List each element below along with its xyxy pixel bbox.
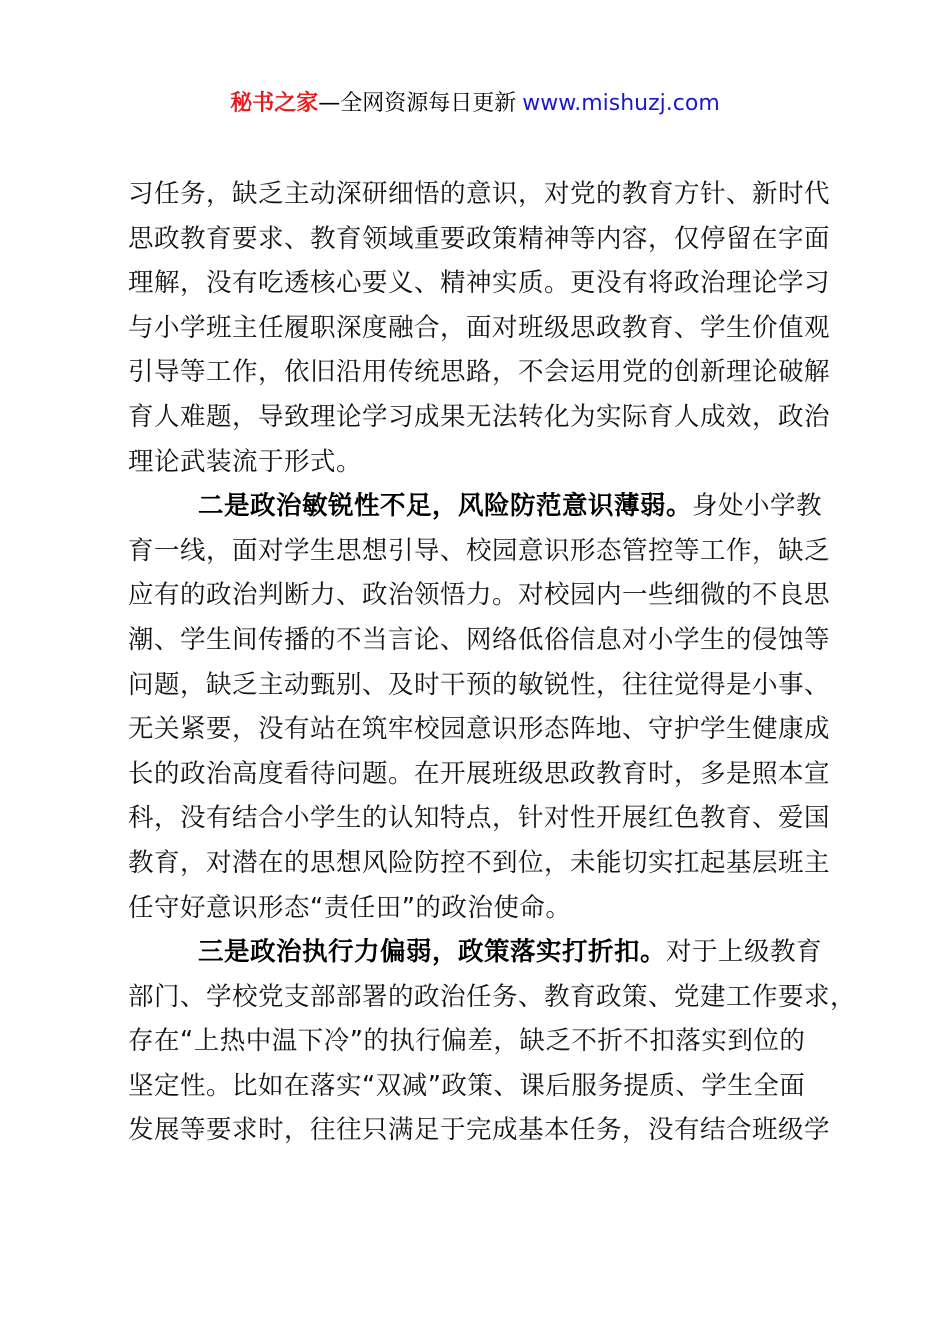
paragraph-2: 二是政治敏锐性不足，风险防范意识薄弱。身处小学教 育一线，面对学生思想引导、校园… bbox=[128, 484, 838, 930]
section-heading-3: 三是政治执行力偏弱，政策落实打折扣。 bbox=[198, 937, 666, 967]
text-line: 育人难题，导致理论学习成果无法转化为实际育人成效，政治 bbox=[128, 395, 838, 440]
text-line: 无关紧要，没有站在筑牢校园意识形态阵地、守护学生健康成 bbox=[128, 707, 838, 752]
text-line: 科，没有结合小学生的认知特点，针对性开展红色教育、爱国 bbox=[128, 796, 838, 841]
text-line: 与小学班主任履职深度融合，面对班级思政教育、学生价值观 bbox=[128, 306, 838, 351]
paragraph-1: 习任务，缺乏主动深研细悟的意识，对党的教育方针、新时代 思政教育要求、教育领域重… bbox=[128, 172, 838, 484]
site-url-link[interactable]: www.mishuzj.com bbox=[522, 91, 719, 116]
text-line: 坚定性。比如在落实“双减”政策、课后服务提质、学生全面 bbox=[128, 1064, 838, 1109]
section-heading-2: 二是政治敏锐性不足，风险防范意识薄弱。 bbox=[198, 491, 692, 521]
paragraph-first-line: 三是政治执行力偏弱，政策落实打折扣。对于上级教育 bbox=[128, 930, 838, 975]
text-line: 存在“上热中温下冷”的执行偏差，缺乏不折不扣落实到位的 bbox=[128, 1019, 838, 1064]
text-run: 对于上级教育 bbox=[666, 937, 822, 967]
text-run: 身处小学教 bbox=[692, 491, 822, 521]
text-line: 育一线，面对学生思想引导、校园意识形态管控等工作，缺乏 bbox=[128, 529, 838, 574]
text-line: 理解，没有吃透核心要义、精神实质。更没有将政治理论学习 bbox=[128, 261, 838, 306]
text-line: 问题，缺乏主动甄别、及时干预的敏锐性，往往觉得是小事、 bbox=[128, 663, 838, 708]
text-line: 理论武装流于形式。 bbox=[128, 440, 838, 485]
text-line: 长的政治高度看待问题。在开展班级思政教育时，多是照本宣 bbox=[128, 752, 838, 797]
text-line: 教育，对潜在的思想风险防控不到位，未能切实扛起基层班主 bbox=[128, 841, 838, 886]
text-line: 任守好意识形态“责任田”的政治使命。 bbox=[128, 886, 838, 931]
text-line: 思政教育要求、教育领域重要政策精神等内容，仅停留在字面 bbox=[128, 217, 838, 262]
text-line: 应有的政治判断力、政治领悟力。对校园内一些细微的不良思 bbox=[128, 573, 838, 618]
site-banner: 秘书之家—全网资源每日更新www.mishuzj.com bbox=[0, 88, 950, 120]
text-line: 部门、学校党支部部署的政治任务、教育政策、党建工作要求， bbox=[128, 975, 838, 1020]
paragraph-3: 三是政治执行力偏弱，政策落实打折扣。对于上级教育 部门、学校党支部部署的政治任务… bbox=[128, 930, 838, 1153]
text-line: 发展等要求时，往往只满足于完成基本任务，没有结合班级学 bbox=[128, 1108, 838, 1153]
text-line: 引导等工作，依旧沿用传统思路，不会运用党的创新理论破解 bbox=[128, 350, 838, 395]
text-line: 潮、学生间传播的不当言论、网络低俗信息对小学生的侵蚀等 bbox=[128, 618, 838, 663]
text-line: 习任务，缺乏主动深研细悟的意识，对党的教育方针、新时代 bbox=[128, 172, 838, 217]
site-brand-name: 秘书之家 bbox=[230, 91, 318, 116]
paragraph-first-line: 二是政治敏锐性不足，风险防范意识薄弱。身处小学教 bbox=[128, 484, 838, 529]
site-slogan: —全网资源每日更新 bbox=[318, 91, 516, 116]
document-body: 习任务，缺乏主动深研细悟的意识，对党的教育方针、新时代 思政教育要求、教育领域重… bbox=[128, 172, 838, 1153]
